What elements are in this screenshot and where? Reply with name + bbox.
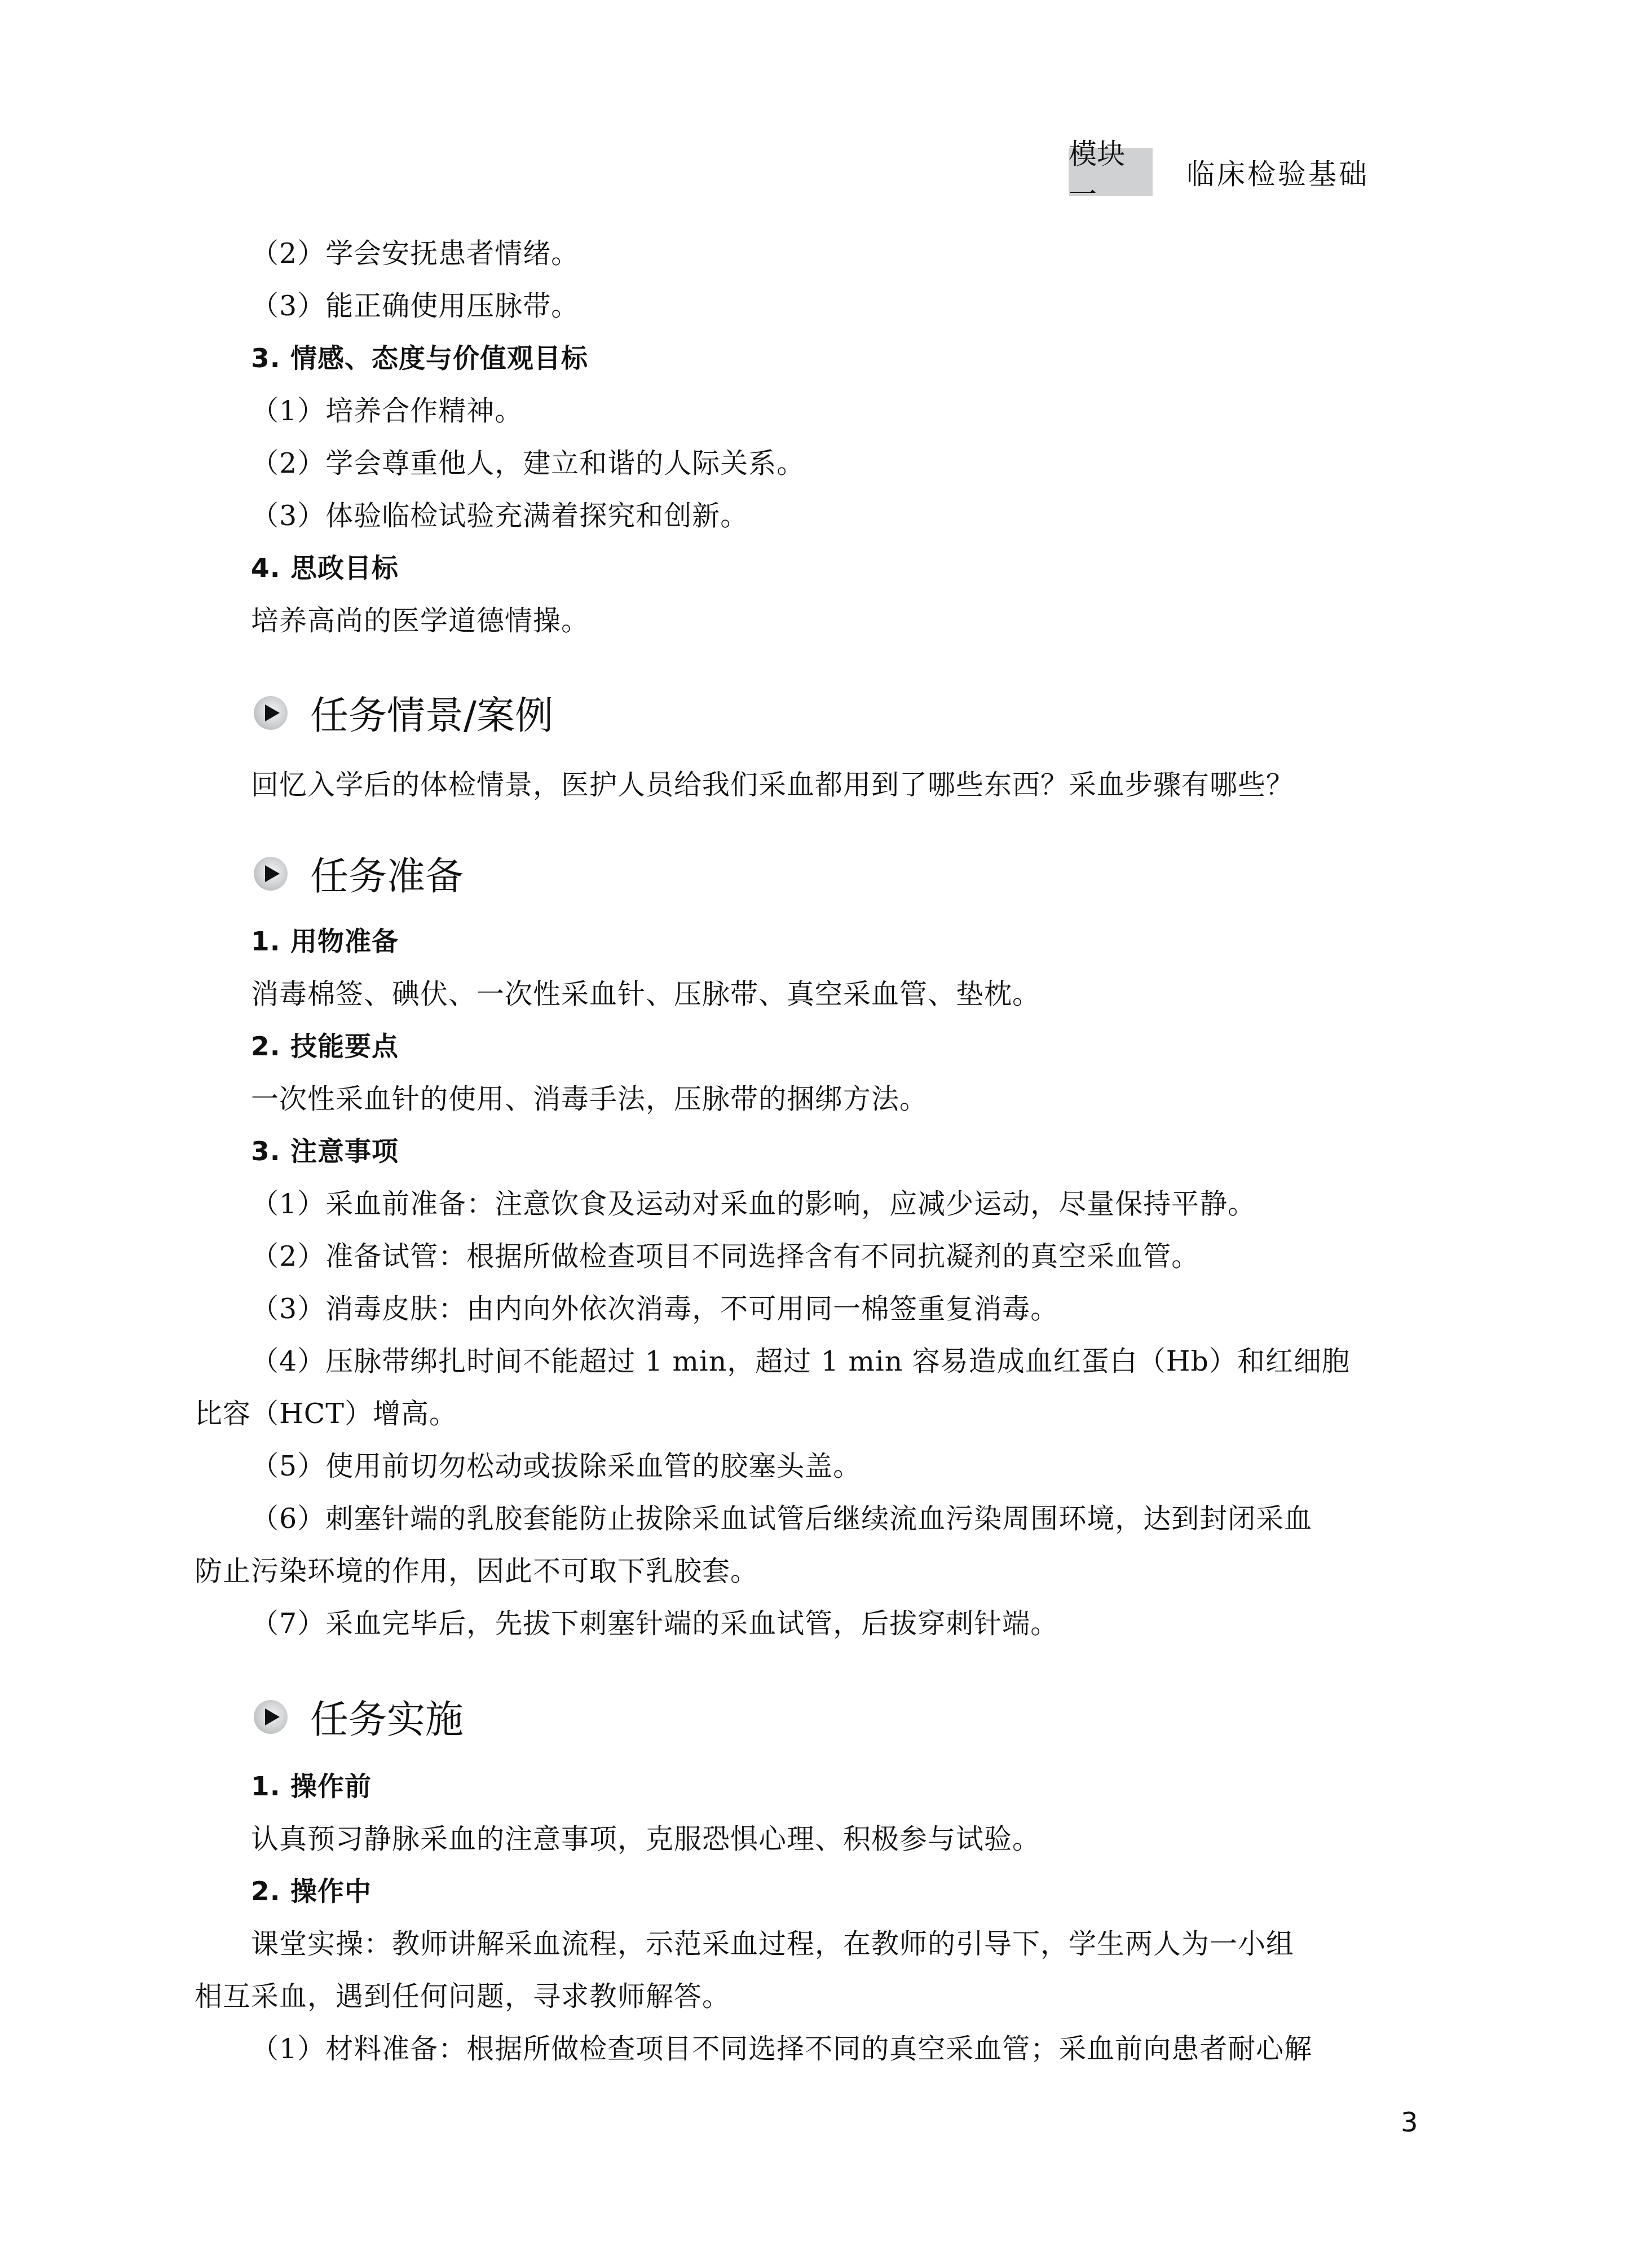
paragraph-line: （2）学会安抚患者情绪。 xyxy=(251,237,579,271)
section-heading-prep: 任务准备 xyxy=(254,846,464,901)
note-line: 防止污染环境的作用，因此不可取下乳胶套。 xyxy=(195,1554,758,1588)
subheading: 4. 思政目标 xyxy=(251,552,399,585)
paragraph-line: 认真预习静脉采血的注意事项，克服恐惧心理、积极参与试验。 xyxy=(251,1822,1040,1856)
section-heading-case: 任务情景/案例 xyxy=(254,685,553,740)
subheading: 3. 注意事项 xyxy=(251,1135,399,1169)
subheading: 2. 技能要点 xyxy=(251,1030,399,1064)
paragraph-line: （3）能正确使用压脉带。 xyxy=(251,289,579,323)
page-number: 3 xyxy=(1401,2107,1418,2138)
section-heading-impl: 任务实施 xyxy=(254,1689,464,1744)
play-bullet-icon xyxy=(254,1700,288,1734)
subheading: 1. 用物准备 xyxy=(251,925,399,959)
note-line: （1）采血前准备：注意饮食及运动对采血的影响，应减少运动，尽量保持平静。 xyxy=(251,1187,1256,1221)
paragraph-line: 培养高尚的医学道德情操。 xyxy=(251,604,589,638)
running-header: 模块一 临床检验基础 xyxy=(1069,148,1369,196)
paragraph-line: 课堂实操：教师讲解采血流程，示范采血过程，在教师的引导下，学生两人为一小组 xyxy=(251,1927,1294,1961)
note-line: （7）采血完毕后，先拔下刺塞针端的采血试管，后拔穿刺针端。 xyxy=(251,1607,1058,1641)
section-title: 任务情景/案例 xyxy=(310,685,553,740)
play-bullet-icon xyxy=(254,857,288,891)
note-line: （4）压脉带绑扎时间不能超过 1 min，超过 1 min 容易造成血红蛋白（H… xyxy=(251,1345,1350,1379)
note-line: （6）刺塞针端的乳胶套能防止拔除采血试管后继续流血污染周围环境，达到封闭采血 xyxy=(251,1502,1312,1536)
subheading: 1. 操作前 xyxy=(251,1770,372,1804)
paragraph-line: （1）培养合作精神。 xyxy=(251,394,523,428)
paragraph-line: 回忆入学后的体检情景，医护人员给我们采血都用到了哪些东西？采血步骤有哪些？ xyxy=(251,768,1294,802)
paragraph-line: 一次性采血针的使用、消毒手法，压脉带的捆绑方法。 xyxy=(251,1082,928,1116)
module-tag: 模块一 xyxy=(1069,148,1153,196)
paragraph-line: （2）学会尊重他人，建立和谐的人际关系。 xyxy=(251,447,805,481)
paragraph-line: 相互采血，遇到任何问题，寻求教师解答。 xyxy=(195,1980,730,2014)
note-line: 比容（HCT）增高。 xyxy=(195,1397,457,1431)
subheading: 2. 操作中 xyxy=(251,1875,372,1909)
section-title: 任务实施 xyxy=(310,1689,464,1744)
paragraph-line: （1）材料准备：根据所做检查项目不同选择不同的真空采血管；采血前向患者耐心解 xyxy=(251,2032,1312,2066)
note-line: （3）消毒皮肤：由内向外依次消毒，不可用同一棉签重复消毒。 xyxy=(251,1292,1058,1326)
module-title: 临床检验基础 xyxy=(1186,152,1369,192)
subheading: 3. 情感、态度与价值观目标 xyxy=(251,342,588,376)
note-line: （5）使用前切勿松动或拔除采血管的胶塞头盖。 xyxy=(251,1450,861,1483)
paragraph-line: （3）体验临检试验充满着探究和创新。 xyxy=(251,499,748,533)
section-title: 任务准备 xyxy=(310,846,464,901)
note-line: （2）准备试管：根据所做检查项目不同选择含有不同抗凝剂的真空采血管。 xyxy=(251,1240,1199,1274)
play-bullet-icon xyxy=(254,696,288,730)
paragraph-line: 消毒棉签、碘伏、一次性采血针、压脉带、真空采血管、垫枕。 xyxy=(251,977,1040,1011)
